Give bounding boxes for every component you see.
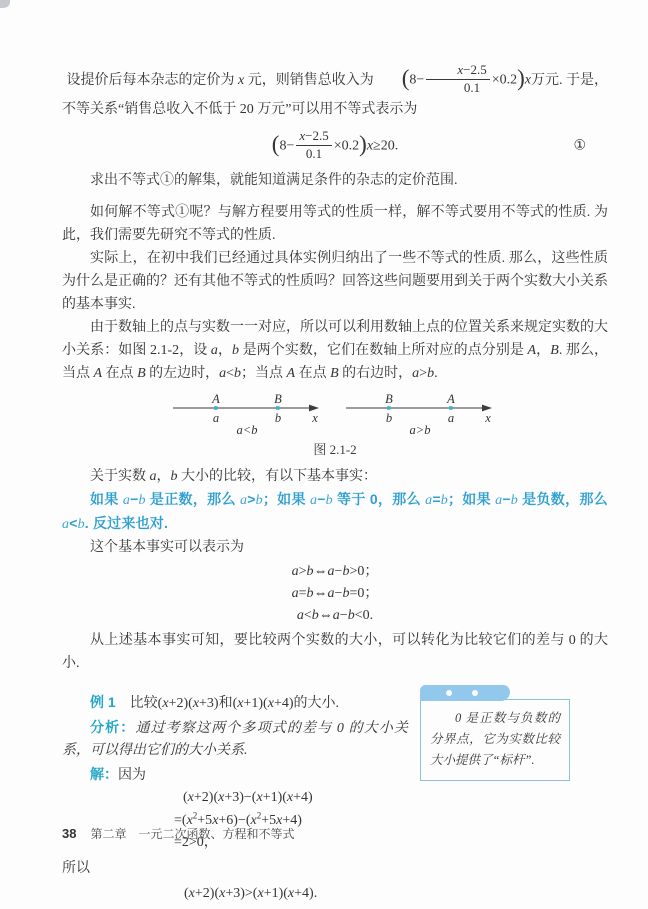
chapter-title: 第二章 一元二次函数、方程和不等式 bbox=[90, 823, 294, 846]
basic-fact-statement: 如果 a−b 是正数，那么 a>b；如果 a−b 等于 0，那么 a=b；如果 … bbox=[62, 488, 608, 536]
tab-dot-icon bbox=[472, 690, 478, 696]
properties-paragraph-1: 如何解不等式①呢？与解方程要用等式的性质一样，解不等式要用不等式的性质. 为此，… bbox=[62, 201, 608, 247]
fraction: x−2.50.1 bbox=[296, 129, 331, 162]
scan-artifact bbox=[0, 0, 10, 8]
solve-paragraph: 求出不等式①的解集，就能知道满足条件的杂志的定价范围. bbox=[62, 169, 608, 192]
number-line-left: A B a b a<b x bbox=[171, 392, 326, 436]
point-label: B bbox=[385, 392, 393, 406]
point-marker bbox=[276, 406, 280, 410]
coord-label: b bbox=[275, 411, 281, 425]
example-section: 0 是正数与负数的分界点，它为实数比较大小提供了“标杆”. 例 1比较(x+2)… bbox=[62, 691, 608, 906]
inequality-expression: (8−x−2.50.1×0.2)x≥20. bbox=[272, 130, 398, 163]
equivalence-eq-2: a=b⇔a−b=0； bbox=[62, 583, 608, 605]
equivalence-eq-1: a>b⇔a−b>0； bbox=[62, 561, 608, 583]
revenue-expression: (8−x−2.50.1×0.2)x bbox=[374, 64, 531, 97]
solution-lead: 因为 bbox=[118, 768, 146, 783]
analysis-label: 分析： bbox=[90, 719, 135, 735]
point-marker bbox=[449, 406, 453, 410]
intro-text-after: 万元. 于是， bbox=[531, 69, 608, 92]
page-number: 38 bbox=[62, 822, 76, 845]
solution-step-1: (x+2)(x+3)−(x+1)(x+4) bbox=[174, 787, 608, 810]
figure-caption: 图 2.1-2 bbox=[62, 438, 608, 461]
point-marker bbox=[214, 406, 218, 410]
facts-conclusion: 从上述基本事实可知，要比较两个实数的大小，可以转化为比较它们的差与 0 的大小. bbox=[62, 629, 608, 675]
coord-label: a bbox=[448, 411, 454, 425]
margin-note: 0 是正数与负数的分界点，它为实数比较大小提供了“标杆”. bbox=[420, 685, 570, 781]
margin-note-body: 0 是正数与负数的分界点，它为实数比较大小提供了“标杆”. bbox=[420, 699, 570, 781]
intro-paragraph-line1: 设提价后每本杂志的定价为 x 元，则销售总收入为(8−x−2.50.1×0.2)… bbox=[62, 62, 608, 98]
intro-paragraph-line2: 不等关系“销售总收入不低于 20 万元”可以用不等式表示为 bbox=[62, 98, 608, 121]
intro-text: 设提价后每本杂志的定价为 x 元，则销售总收入为 bbox=[67, 69, 374, 92]
coord-label: a bbox=[213, 411, 219, 425]
relation-label: a<b bbox=[237, 423, 258, 436]
point-label: B bbox=[274, 392, 282, 406]
clipboard-tab-icon bbox=[420, 685, 510, 701]
point-marker bbox=[387, 406, 391, 410]
margin-note-text: 0 是正数与负数的分界点，它为实数比较大小提供了“标杆”. bbox=[430, 708, 560, 771]
number-line-right: B A b a a>b x bbox=[344, 392, 499, 436]
solution-result: (x+2)(x+3)>(x+1)(x+4). bbox=[184, 883, 608, 906]
textbook-page: 设提价后每本杂志的定价为 x 元，则销售总收入为(8−x−2.50.1×0.2)… bbox=[0, 0, 648, 909]
point-label: A bbox=[211, 392, 220, 406]
properties-paragraph-2: 实际上，在初中我们已经通过具体实例归纳出了一些不等式的性质. 那么，这些性质为什… bbox=[62, 247, 608, 316]
solution-label: 解： bbox=[90, 766, 118, 782]
example-title: 比较(x+2)(x+3)和(x+1)(x+4)的大小. bbox=[130, 696, 339, 711]
properties-paragraph-3: 由于数轴上的点与实数一一对应，所以可以利用数轴上点的位置关系来规定实数的大小关系… bbox=[62, 316, 608, 385]
page-content: 设提价后每本杂志的定价为 x 元，则销售总收入为(8−x−2.50.1×0.2)… bbox=[62, 62, 608, 906]
tab-dot-icon bbox=[446, 690, 452, 696]
fraction: x−2.50.1 bbox=[426, 63, 489, 96]
figure-2-1-2: A B a b a<b x B A b a a>b x bbox=[62, 392, 608, 461]
coord-label: b bbox=[386, 411, 392, 425]
page-footer: 38 第二章 一元二次函数、方程和不等式 bbox=[62, 822, 294, 846]
equivalence-eq-3: a<b⇔a−b<0. bbox=[62, 605, 608, 627]
axis-label: x bbox=[311, 411, 318, 425]
facts-express-intro: 这个基本事实可以表示为 bbox=[62, 536, 608, 559]
so-line: 所以 bbox=[62, 858, 608, 881]
relation-label: a>b bbox=[410, 423, 431, 436]
axis-label: x bbox=[484, 411, 491, 425]
display-inequality: (8−x−2.50.1×0.2)x≥20. ① bbox=[62, 127, 608, 165]
equation-tag-1: ① bbox=[573, 135, 586, 158]
equivalence-equations: a>b⇔a−b>0； a=b⇔a−b=0； a<b⇔a−b<0. bbox=[62, 561, 608, 627]
example-label: 例 1 bbox=[90, 694, 116, 710]
point-label: A bbox=[446, 392, 455, 406]
number-lines: A B a b a<b x B A b a a>b x bbox=[62, 392, 608, 436]
facts-intro: 关于实数 a，b 大小的比较，有以下基本事实： bbox=[62, 465, 608, 488]
